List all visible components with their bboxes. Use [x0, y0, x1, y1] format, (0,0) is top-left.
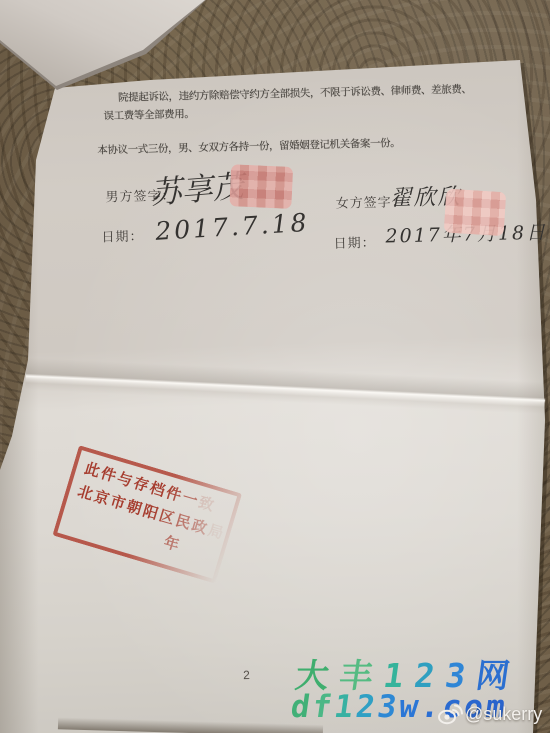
stamp-line-faded: 致 [196, 494, 217, 515]
body-text-line: 本协议一式三份，男、女双方各持一份，留婚姻登记机关备案一份。 [97, 135, 400, 157]
body-text-line: 院提起诉讼，违约方除赔偿守约方全部损失，不限于诉讼费、律师费、差旅费、 [118, 81, 472, 105]
archive-stamp: 此件与存档件一致 北京市朝阳区民政局 年 [52, 445, 242, 584]
female-date-label: 日期： [333, 232, 375, 252]
watermark-credit: @sukerry [437, 703, 542, 725]
female-fingerprint-redaction-mosaic [444, 189, 507, 237]
watermark-credit-text: @sukerry [465, 704, 542, 725]
page-number: 2 [243, 668, 250, 682]
male-date-label: 日期： [101, 225, 143, 245]
body-text-line: 误工费等全部费用。 [103, 106, 194, 123]
stamp-line-faded: 局 [206, 522, 227, 543]
male-date-handwriting: 2017.7.18 [155, 208, 311, 246]
photo-of-document: 院提起诉讼，违约方除赔偿守约方全部损失，不限于诉讼费、律师费、差旅费、 误工费等… [0, 0, 550, 733]
weibo-logo-icon [437, 703, 463, 725]
male-fingerprint-redaction-mosaic [229, 164, 293, 209]
document-content: 院提起诉讼，违约方除赔偿守约方全部损失，不限于诉讼费、律师费、差旅费、 误工费等… [0, 0, 550, 733]
